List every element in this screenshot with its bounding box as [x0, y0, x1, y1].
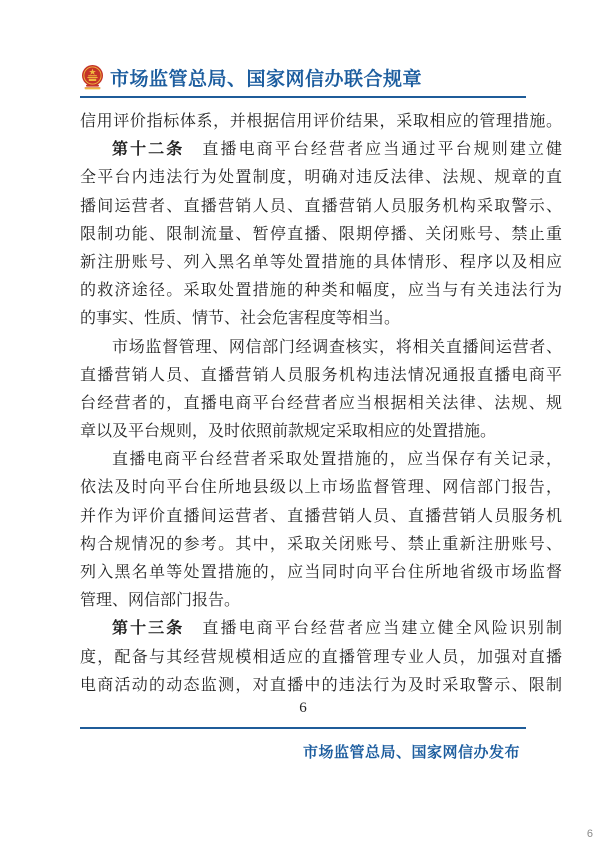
text-line: 并作为评价直播间运营者、直播营销人员、直播营销人员服务机 [80, 503, 562, 531]
line-text: 电商活动的动态监测，对直播中的违法行为及时采取警示、限制 [80, 677, 562, 694]
line-text: 全平台内违法行为处置制度，明确对违反法律、法规、规章的直 [80, 169, 562, 186]
line-text: 直播电商平台经营者采取处置措施的，应当保存有关记录， [112, 451, 562, 468]
text-line: 直播营销人员、直播营销人员服务机构违法情况通报直播电商平 [80, 362, 562, 390]
line-text: 信用评价指标体系，并根据信用评价结果，采取相应的管理措施。 [80, 113, 562, 130]
text-line: 播间运营者、直播营销人员、直播营销人员服务机构采取警示、 [80, 193, 562, 221]
text-line: 构合规情况的参考。其中，采取关闭账号、禁止重新注册账号、 [80, 531, 562, 559]
text-line: 信用评价指标体系，并根据信用评价结果，采取相应的管理措施。 [80, 108, 562, 136]
text-line: 全平台内违法行为处置制度，明确对违反法律、法规、规章的直 [80, 164, 562, 192]
line-text: 直播电商平台经营者应当通过平台规则建立健 [184, 141, 562, 158]
line-text: 播间运营者、直播营销人员、直播营销人员服务机构采取警示、 [80, 198, 562, 215]
line-text: 的事实、性质、情节、社会危害程度等相当。 [80, 310, 400, 327]
page-number: 6 [80, 700, 526, 717]
text-line: 电商活动的动态监测，对直播中的违法行为及时采取警示、限制 [80, 672, 562, 700]
line-text: 依法及时向平台住所地县级以上市场监督管理、网信部门报告， [80, 479, 562, 496]
article-number: 第十三条 [112, 620, 184, 637]
header-divider [80, 96, 526, 98]
text-line: 市场监督管理、网信部门经调查核实，将相关直播间运营者、 [80, 334, 562, 362]
footer-publisher: 市场监管总局、国家网信办发布 [80, 741, 520, 762]
corner-page-indicator: 6 [587, 828, 593, 840]
line-text: 直播电商平台经营者应当建立健全风险识别制 [184, 620, 562, 637]
text-line: 的救济途径。采取处置措施的种类和幅度，应当与有关违法行为 [80, 277, 562, 305]
line-text: 的救济途径。采取处置措施的种类和幅度，应当与有关违法行为 [80, 282, 562, 299]
page-header: 市场监管总局、国家网信办联合规章 [80, 60, 526, 94]
line-text: 管理、网信部门报告。 [80, 592, 240, 609]
text-line: 台经营者的，直播电商平台经营者应当根据相关法律、法规、规 [80, 390, 562, 418]
text-line: 新注册账号、列入黑名单等处置措施的具体情形、程序以及相应 [80, 249, 562, 277]
document-page: 市场监管总局、国家网信办联合规章 信用评价指标体系，并根据信用评价结果，采取相应… [0, 0, 600, 849]
text-line: 第十三条 直播电商平台经营者应当建立健全风险识别制 [80, 615, 562, 643]
line-text: 并作为评价直播间运营者、直播营销人员、直播营销人员服务机 [80, 508, 562, 525]
text-line: 章以及平台规则，及时依照前款规定采取相应的处置措施。 [80, 418, 562, 446]
text-line: 度，配备与其经营规模相适应的直播管理专业人员，加强对直播 [80, 644, 562, 672]
line-text: 市场监督管理、网信部门经调查核实，将相关直播间运营者、 [112, 339, 562, 356]
line-text: 新注册账号、列入黑名单等处置措施的具体情形、程序以及相应 [80, 254, 562, 271]
text-line: 第十二条 直播电商平台经营者应当通过平台规则建立健 [80, 136, 562, 164]
line-text: 直播营销人员、直播营销人员服务机构违法情况通报直播电商平 [80, 367, 562, 384]
line-text: 限制功能、限制流量、暂停直播、限期停播、关闭账号、禁止重 [80, 226, 562, 243]
line-text: 章以及平台规则，及时依照前款规定采取相应的处置措施。 [80, 423, 496, 440]
text-line: 依法及时向平台住所地县级以上市场监督管理、网信部门报告， [80, 474, 562, 502]
text-line: 直播电商平台经营者采取处置措施的，应当保存有关记录， [80, 446, 562, 474]
line-text: 列入黑名单等处置措施的，应当同时向平台住所地省级市场监督 [80, 564, 562, 581]
text-line: 列入黑名单等处置措施的，应当同时向平台住所地省级市场监督 [80, 559, 562, 587]
article-number: 第十二条 [112, 141, 184, 158]
line-text: 台经营者的，直播电商平台经营者应当根据相关法律、法规、规 [80, 395, 562, 412]
national-emblem-icon [80, 64, 105, 91]
footer-divider [80, 727, 526, 729]
text-line: 管理、网信部门报告。 [80, 587, 562, 615]
line-text: 构合规情况的参考。其中，采取关闭账号、禁止重新注册账号、 [80, 536, 562, 553]
document-body: 信用评价指标体系，并根据信用评价结果，采取相应的管理措施。第十二条 直播电商平台… [80, 108, 562, 700]
text-line: 的事实、性质、情节、社会危害程度等相当。 [80, 305, 562, 333]
line-text: 度，配备与其经营规模相适应的直播管理专业人员，加强对直播 [80, 649, 562, 666]
header-title: 市场监管总局、国家网信办联合规章 [110, 64, 422, 91]
text-line: 限制功能、限制流量、暂停直播、限期停播、关闭账号、禁止重 [80, 221, 562, 249]
